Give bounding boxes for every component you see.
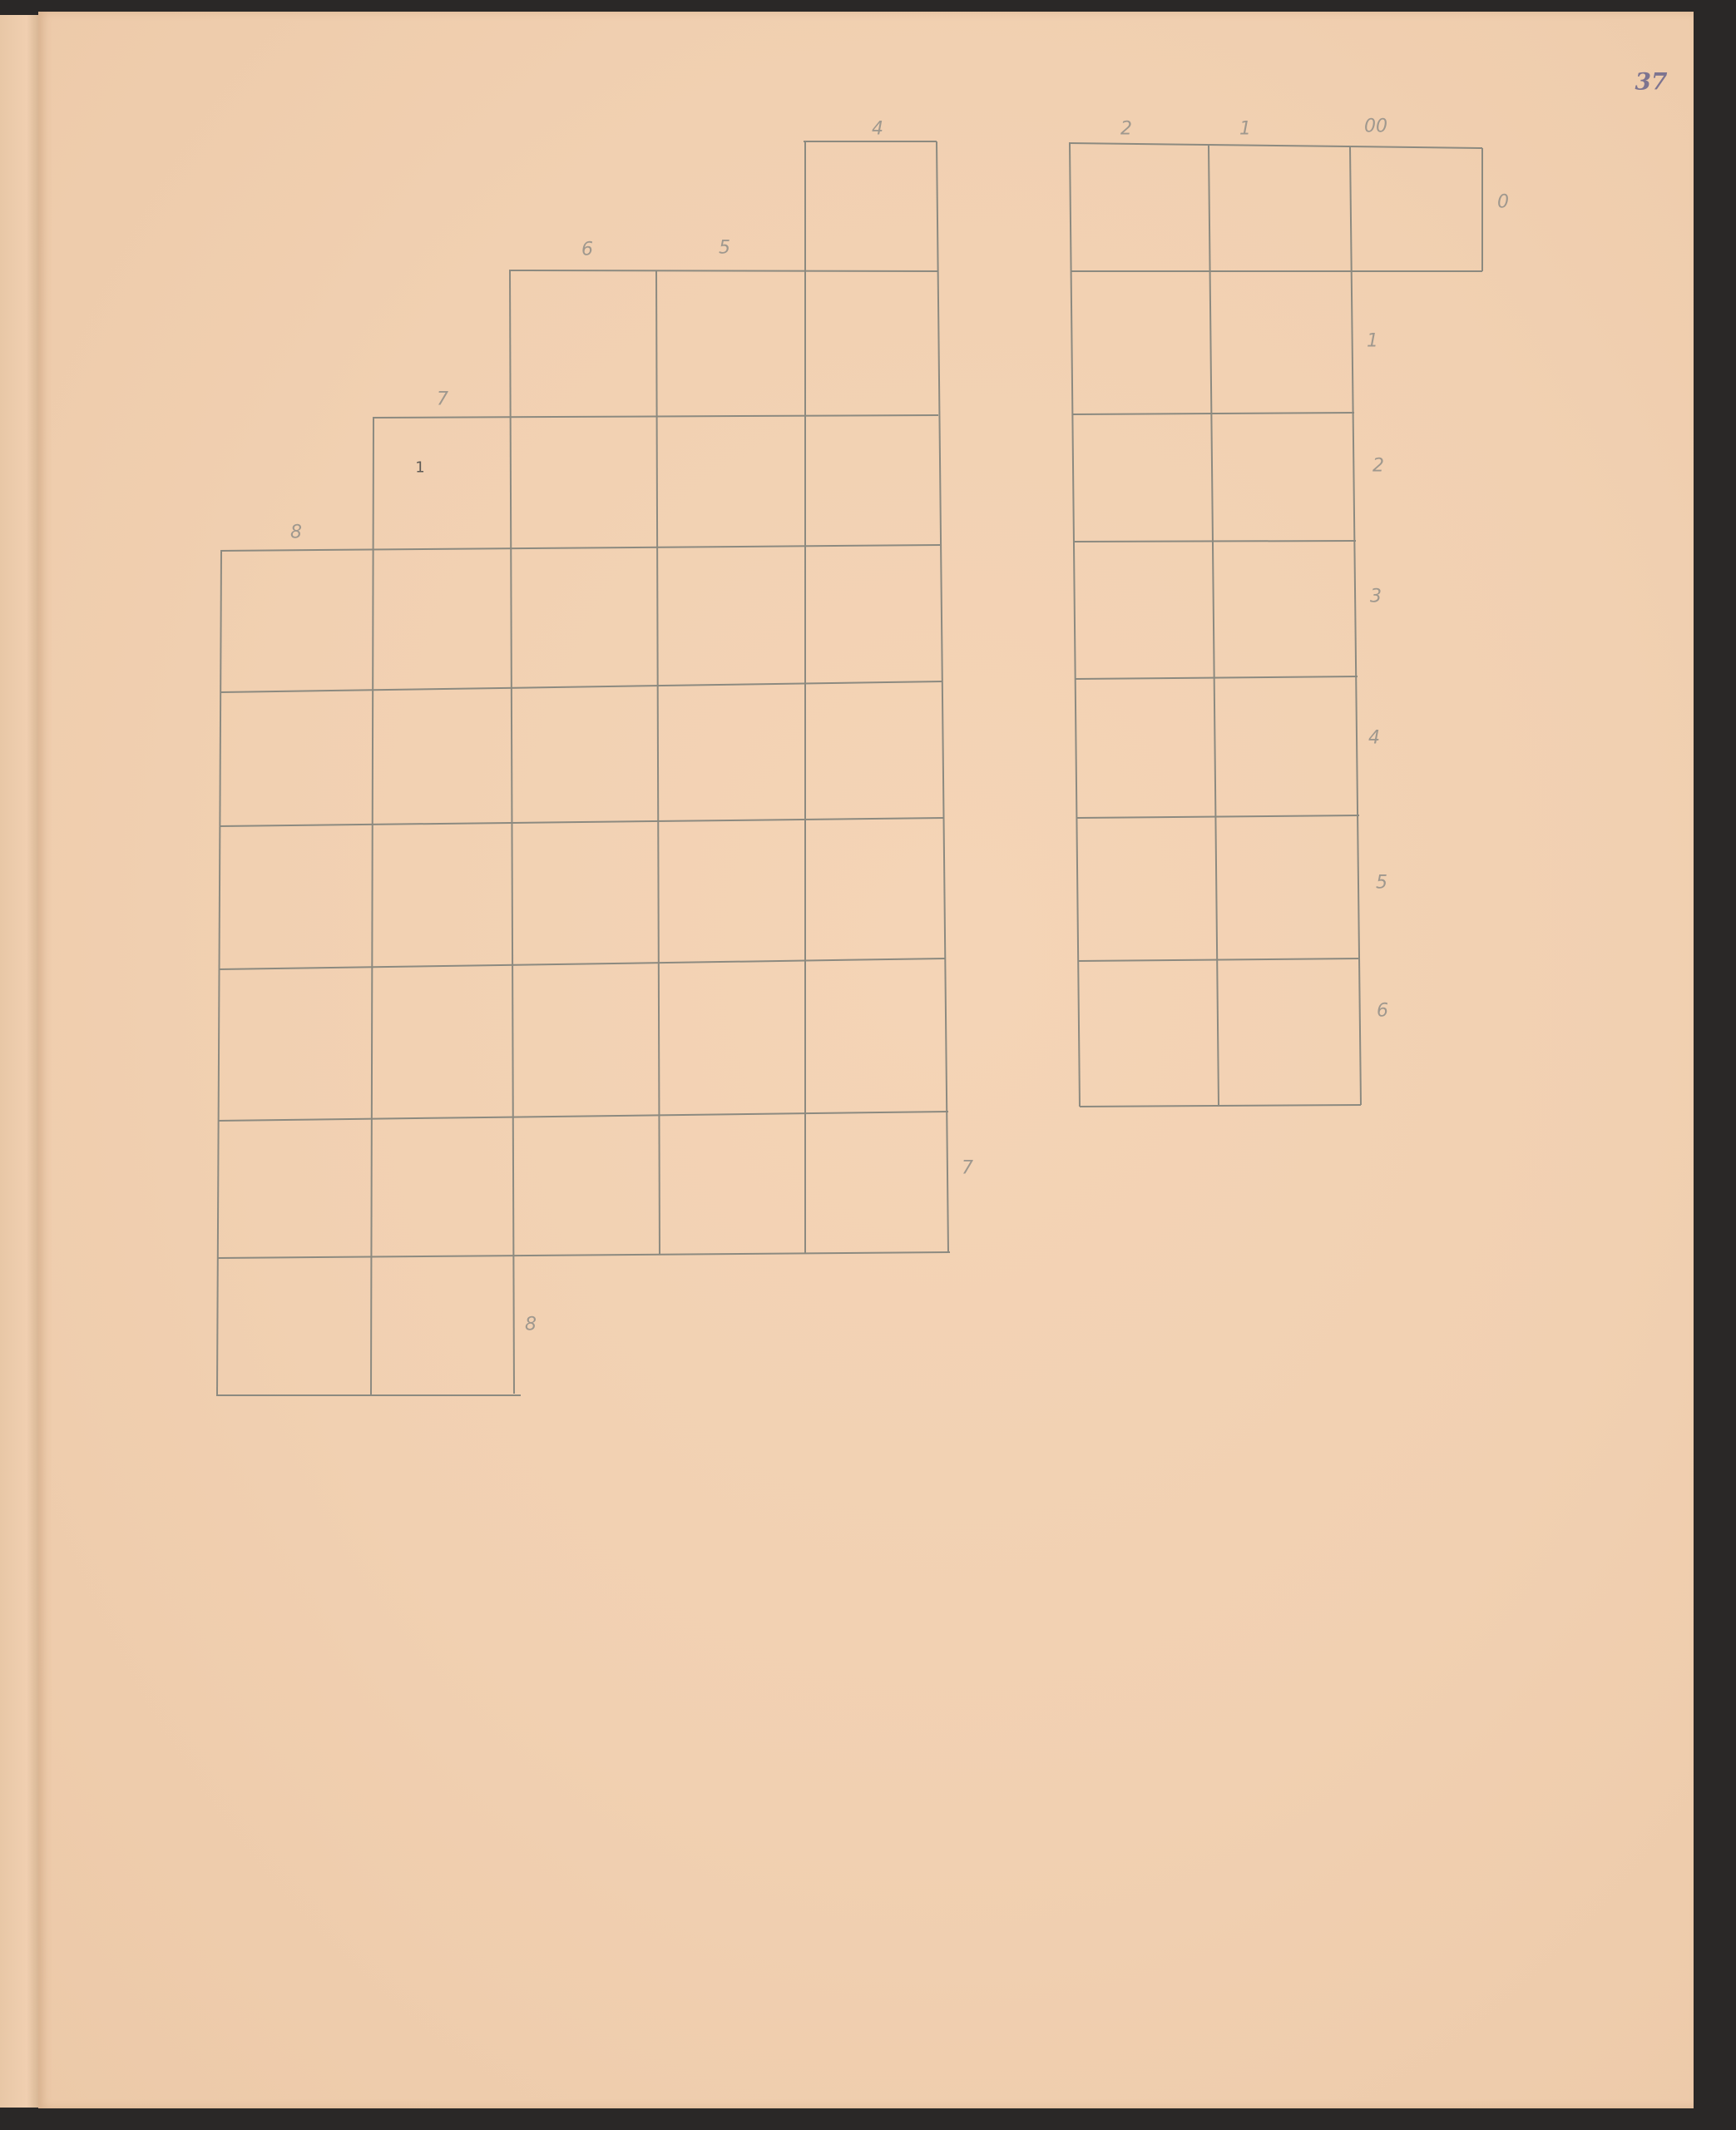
left-grid bbox=[216, 141, 950, 1395]
right-row-label-6: 6 bbox=[1377, 1001, 1388, 1022]
left-row-end-label-8: 8 bbox=[525, 1315, 537, 1335]
right-row-label-0: 0 bbox=[1497, 192, 1509, 213]
left-col-label-8: 8 bbox=[290, 523, 302, 543]
page-number: 37 bbox=[1635, 68, 1668, 96]
right-row-label-1: 1 bbox=[1367, 331, 1378, 352]
left-col-label-6: 6 bbox=[581, 240, 593, 260]
right-col-label-00: 00 bbox=[1364, 116, 1387, 137]
right-row-label-4: 4 bbox=[1368, 728, 1380, 749]
cell-mark: 1 bbox=[415, 459, 424, 477]
right-col-label-2: 2 bbox=[1120, 119, 1132, 140]
left-col-label-4: 4 bbox=[872, 119, 883, 140]
right-row-label-2: 2 bbox=[1372, 456, 1384, 477]
right-row-label-3: 3 bbox=[1370, 587, 1382, 607]
right-row-label-5: 5 bbox=[1376, 873, 1387, 894]
left-col-label-7: 7 bbox=[437, 389, 448, 410]
left-col-label-5: 5 bbox=[719, 238, 730, 259]
left-row-end-label-7: 7 bbox=[962, 1158, 973, 1179]
pencil-grid-drawing bbox=[0, 0, 1736, 2130]
right-grid bbox=[1069, 143, 1482, 1107]
right-col-label-1: 1 bbox=[1239, 119, 1251, 140]
